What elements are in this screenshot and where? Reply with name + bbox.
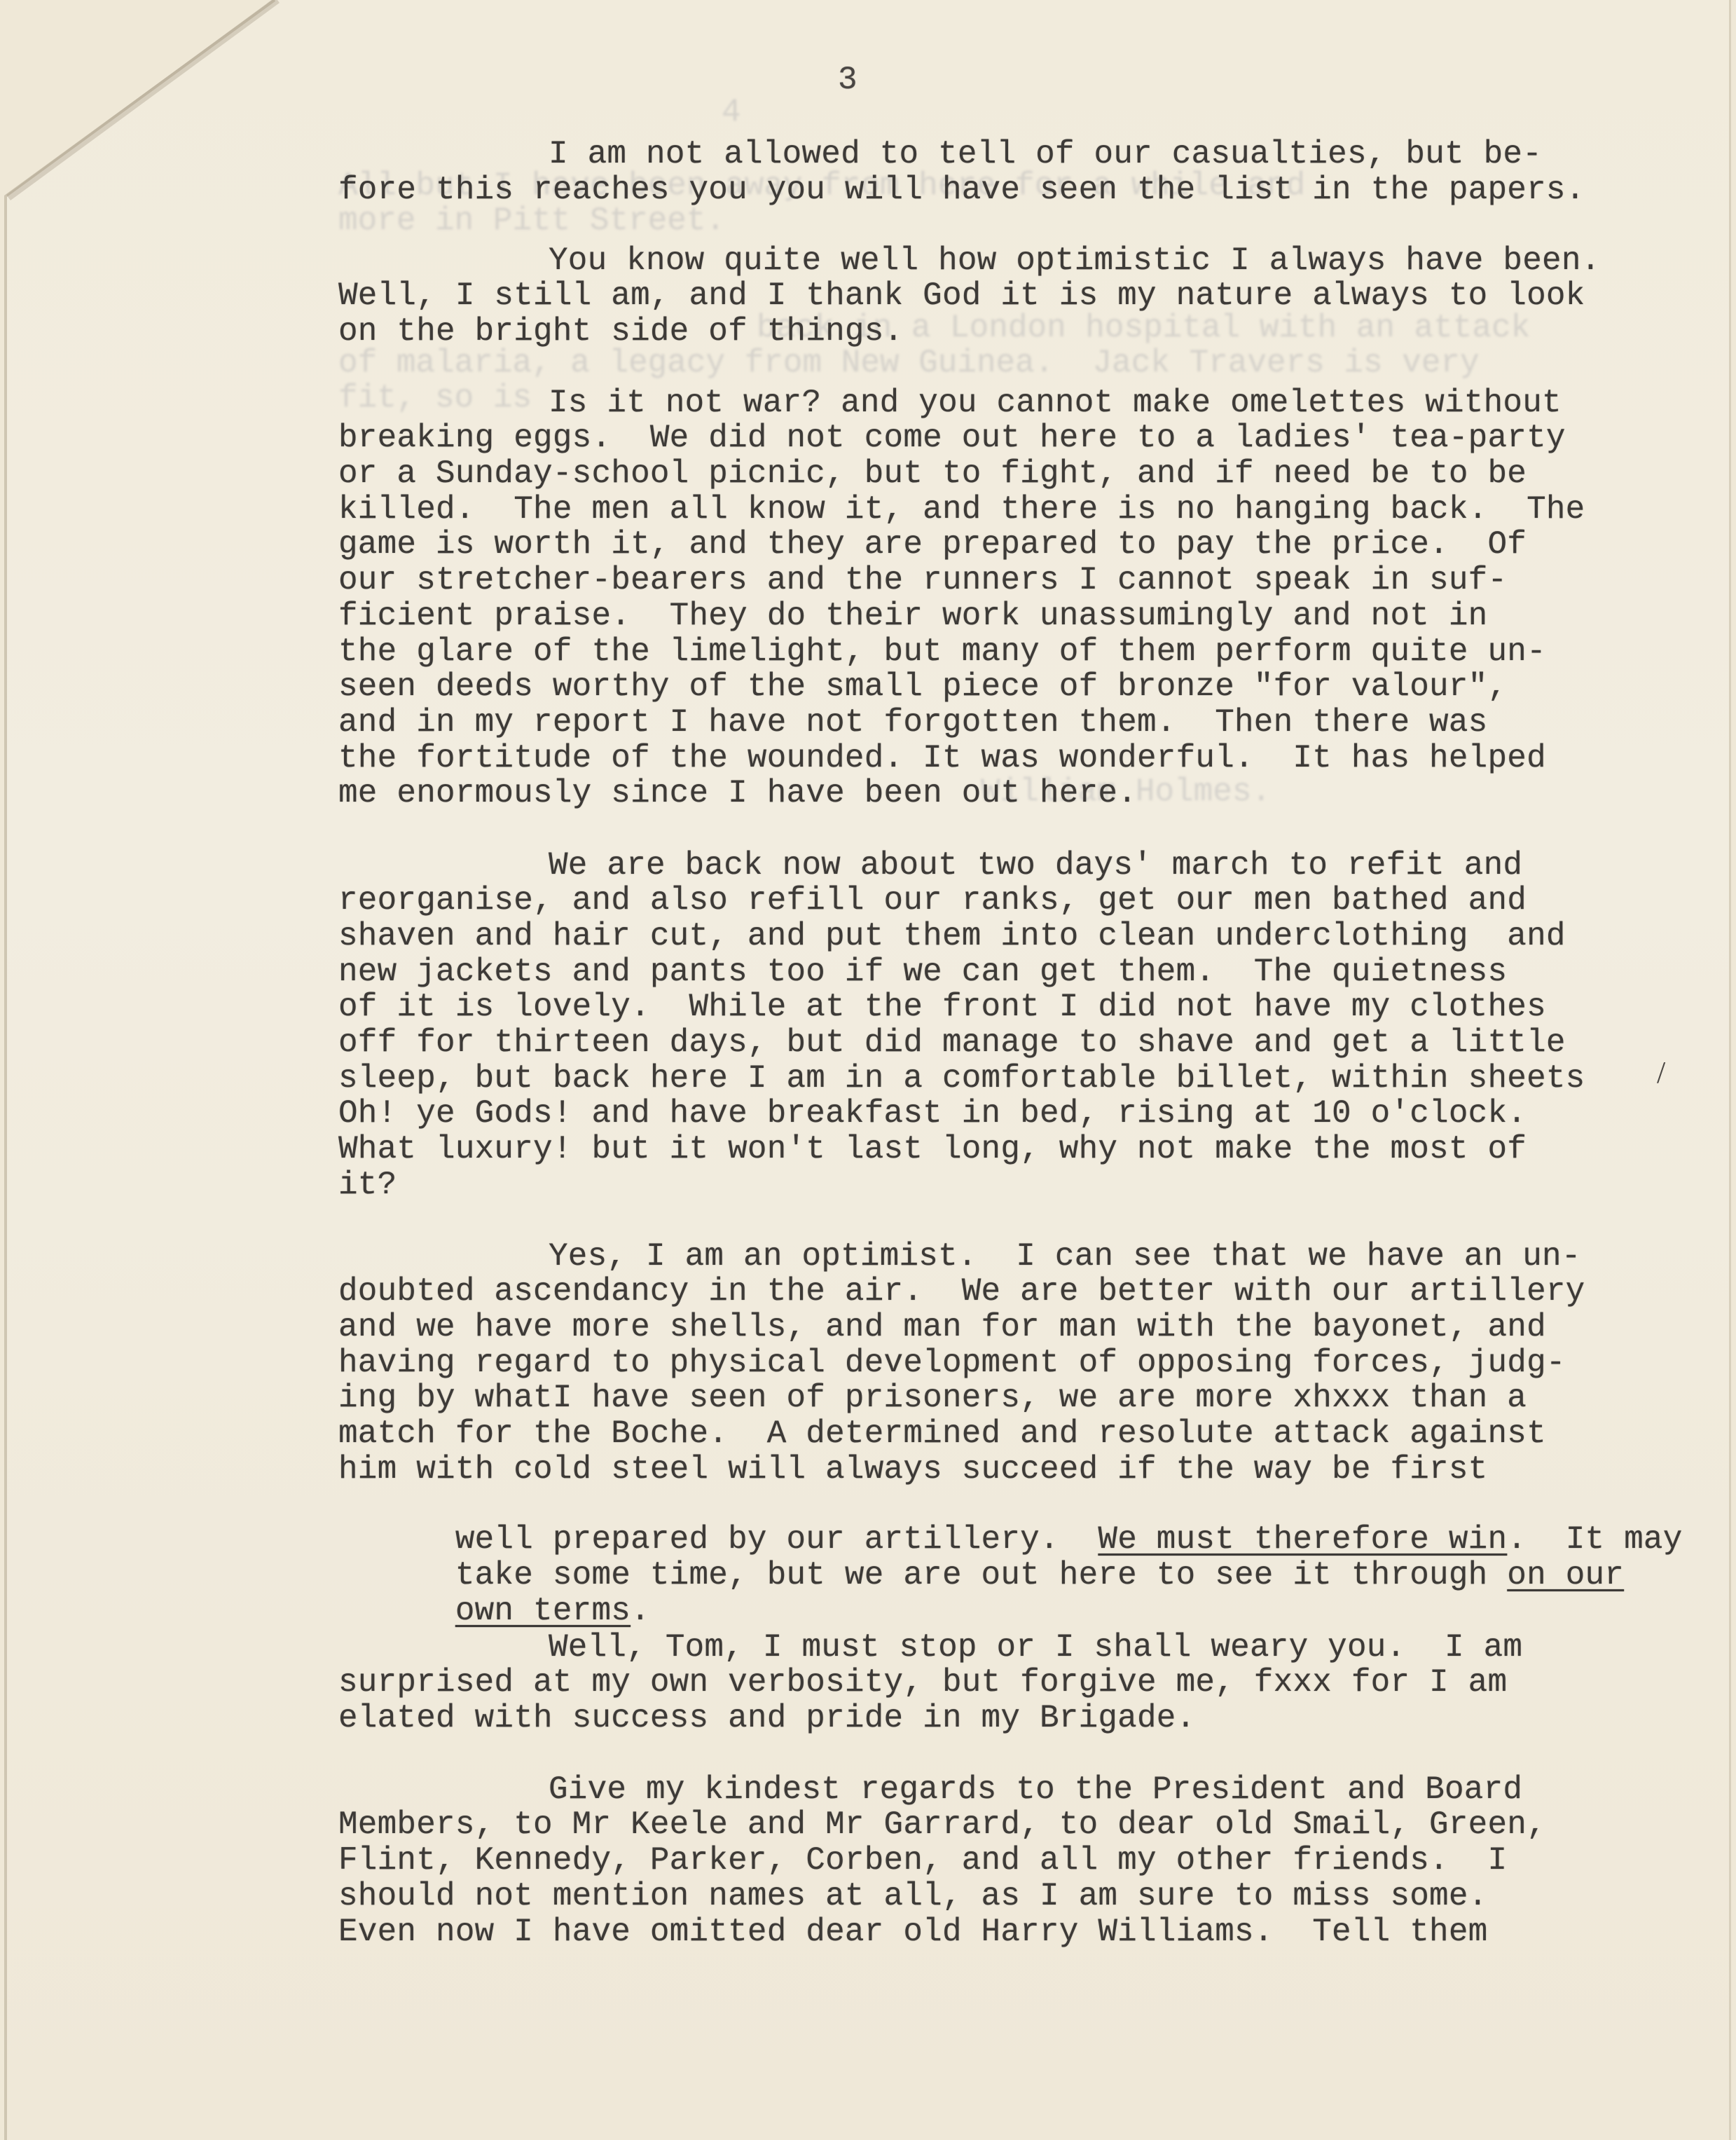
text-line: of it is lovely. While at the front I di…: [338, 989, 1546, 1024]
text-line: Well, Tom, I must stop or I shall weary …: [549, 1630, 1522, 1665]
text-line: having regard to physical development of…: [338, 1345, 1566, 1380]
text-segment: .: [631, 1593, 650, 1629]
text-line: doubted ascendancy in the air. We are be…: [338, 1274, 1585, 1309]
text-line: seen deeds worthy of the small piece of …: [338, 669, 1507, 704]
text-line: reorganise, and also refill our ranks, g…: [338, 883, 1527, 918]
text-line: Yes, I am an optimist. I can see that we…: [549, 1239, 1581, 1274]
text-line: well prepared by our artillery. We must …: [338, 1487, 1683, 1522]
text-line: elated with success and pride in my Brig…: [338, 1701, 1195, 1736]
text-line: Flint, Kennedy, Parker, Corben, and all …: [338, 1843, 1507, 1878]
text-line: You know quite well how optimistic I alw…: [549, 243, 1600, 278]
text-line: take some time, but we are out here to s…: [338, 1523, 1624, 1558]
text-line: off for thirteen days, but did manage to…: [338, 1025, 1566, 1060]
text-line: Members, to Mr Keele and Mr Garrard, to …: [338, 1807, 1546, 1842]
text-line: breaking eggs. We did not come out here …: [338, 420, 1566, 455]
letter-body: I am not allowed to tell of our casualti…: [0, 0, 1736, 2140]
text-line: I am not allowed to tell of our casualti…: [549, 137, 1542, 172]
text-line: should not mention names at all, as I am…: [338, 1879, 1487, 1914]
text-line: and we have more shells, and man for man…: [338, 1310, 1546, 1345]
text-line: new jackets and pants too if we can get …: [338, 954, 1507, 989]
document-page: 4 All but I have been away from here for…: [0, 0, 1736, 2140]
text-line: surprised at my own verbosity, but forgi…: [338, 1665, 1507, 1700]
text-line: Even now I have omitted dear old Harry W…: [338, 1914, 1487, 1949]
text-line: fore this reaches you you will have seen…: [338, 172, 1585, 207]
underlined-text: own terms: [455, 1593, 631, 1629]
text-line: on the bright side of things.: [338, 314, 903, 349]
margin-correction-mark: /: [1657, 1055, 1665, 1090]
text-line: and in my report I have not forgotten th…: [338, 705, 1487, 740]
text-line: the glare of the limelight, but many of …: [338, 634, 1546, 669]
text-line: ficient praise. They do their work unass…: [338, 598, 1487, 633]
text-line: Well, I still am, and I thank God it is …: [338, 278, 1585, 313]
text-line: him with cold steel will always succeed …: [338, 1452, 1487, 1487]
text-line: killed. The men all know it, and there i…: [338, 492, 1585, 527]
text-line: We are back now about two days' march to…: [549, 848, 1522, 883]
text-line: or a Sunday-school picnic, but to fight,…: [338, 456, 1527, 491]
text-line: Oh! ye Gods! and have breakfast in bed, …: [338, 1096, 1527, 1131]
text-line: Is it not war? and you cannot make omele…: [549, 385, 1562, 420]
text-line: own terms.: [338, 1558, 650, 1593]
text-line: game is worth it, and they are prepared …: [338, 527, 1527, 562]
text-line: our stretcher-bearers and the runners I …: [338, 563, 1507, 598]
text-line: the fortitude of the wounded. It was won…: [338, 741, 1546, 776]
text-line: sleep, but back here I am in a comfortab…: [338, 1061, 1585, 1096]
text-line: Give my kindest regards to the President…: [549, 1772, 1522, 1807]
text-line: it?: [338, 1167, 397, 1202]
text-line: What luxury! but it won't last long, why…: [338, 1132, 1527, 1167]
text-line: shaven and hair cut, and put them into c…: [338, 919, 1566, 954]
text-line: ing by whatI have seen of prisoners, we …: [338, 1380, 1527, 1415]
text-line: match for the Boche. A determined and re…: [338, 1416, 1546, 1451]
underlined-text: on our: [1507, 1557, 1624, 1593]
text-line: me enormously since I have been out here…: [338, 776, 1137, 811]
